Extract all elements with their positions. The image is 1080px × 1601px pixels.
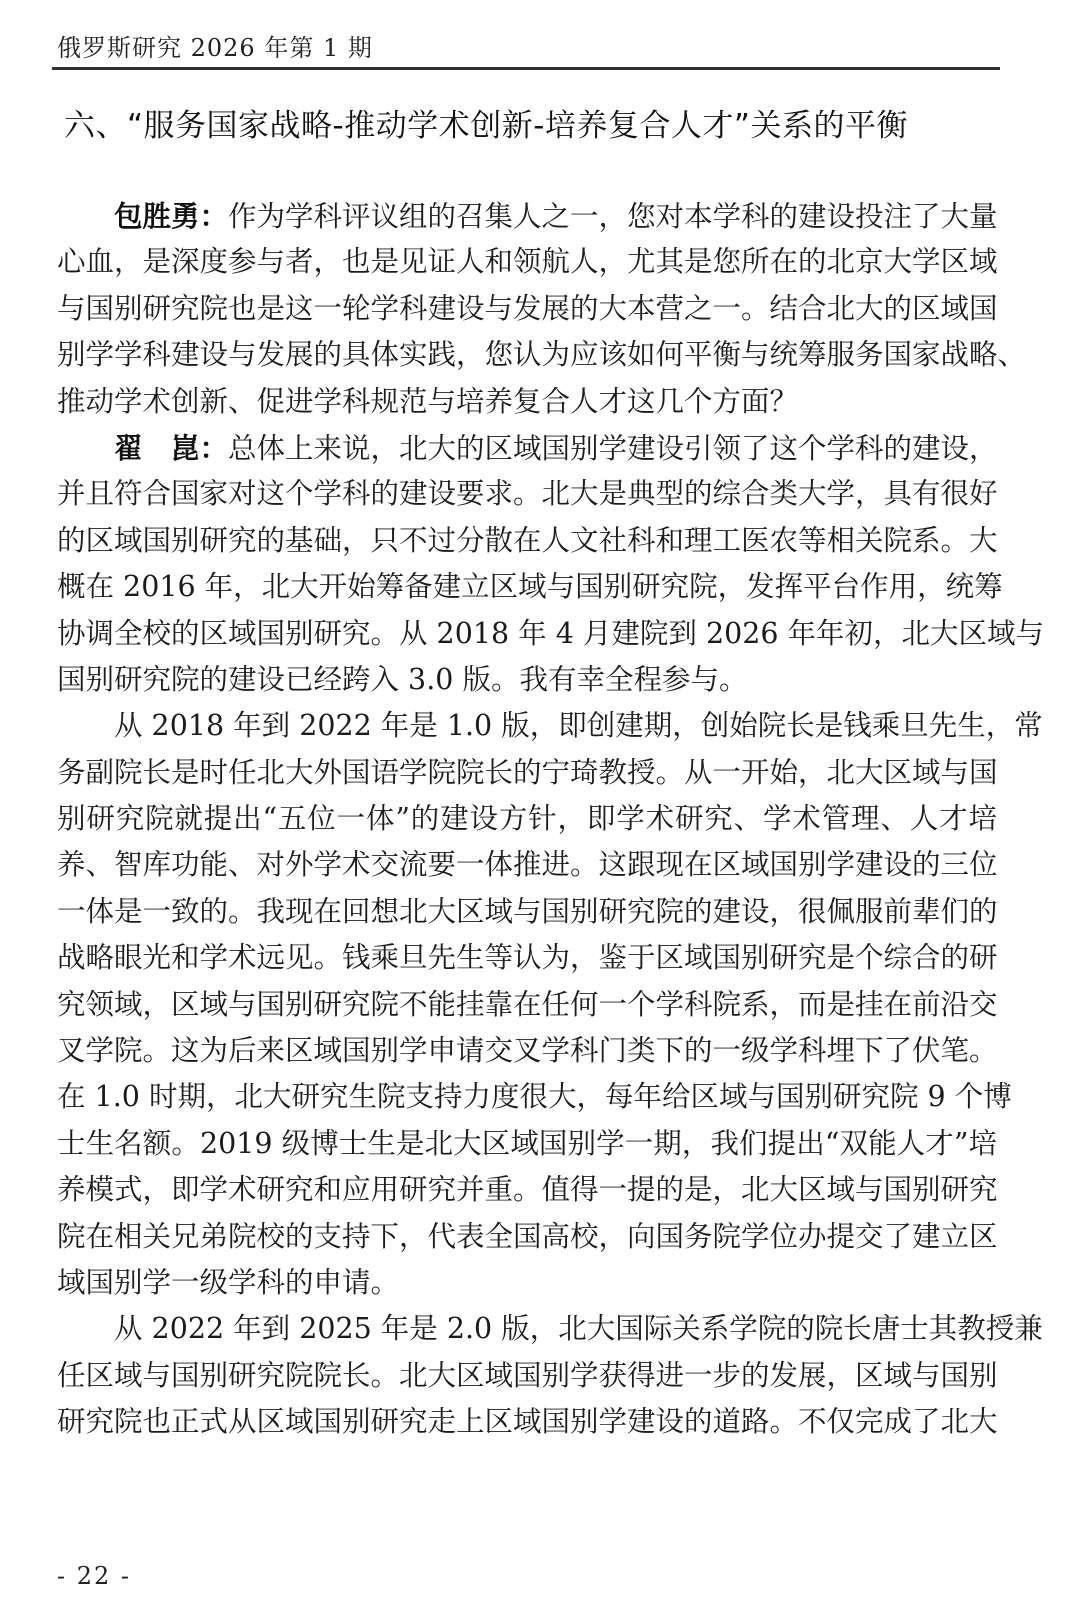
text-line: 翟 崑：总体上来说，北大的区域国别学建设引领了这个学科的建设， [57,425,997,471]
text-line: 究领域，区域与国别研究院不能挂靠在任何一个学科院系，而是挂在前沿交 [57,982,997,1028]
text-line: 院在相关兄弟院校的支持下，代表全国高校，向国务院学位办提交了建立区 [57,1214,997,1260]
text-line: 概在 2016 年，北大开始筹备建立区域与国别研究院，发挥平台作用，统筹 [57,564,997,610]
paragraph-version-1: 从 2018 年到 2022 年是 1.0 版，即创建期，创始院长是钱乘旦先生，… [57,703,997,1306]
text-line: 别学学科建设与发展的具体实践，您认为应该如何平衡与统筹服务国家战略、 [57,332,997,378]
article-body: 包胜勇：作为学科评议组的召集人之一，您对本学科的建设投注了大量 心血，是深度参与… [57,193,997,1446]
paragraph-answer: 翟 崑：总体上来说，北大的区域国别学建设引领了这个学科的建设， 并且符合国家对这… [57,425,997,703]
text-line: 与国别研究院也是这一轮学科建设与发展的大本营之一。结合北大的区域国 [57,286,997,332]
text-line: 养模式，即学术研究和应用研究并重。值得一提的是，北大区域与国别研究 [57,1167,997,1213]
text-line: 养、智库功能、对外学术交流要一体推进。这跟现在区域国别学建设的三位 [57,842,997,888]
text-line: 推动学术创新、促进学科规范与培养复合人才这几个方面？ [57,379,997,425]
text-line: 国别研究院的建设已经跨入 3.0 版。我有幸全程参与。 [57,657,997,703]
paragraph-question: 包胜勇：作为学科评议组的召集人之一，您对本学科的建设投注了大量 心血，是深度参与… [57,193,997,425]
text-line: 任区域与国别研究院院长。北大区域国别学获得进一步的发展，区域与国别 [57,1353,997,1399]
text-line: 研究院也正式从区域国别研究走上区域国别学建设的道路。不仅完成了北大 [57,1399,997,1445]
text-line: 战略眼光和学术远见。钱乘旦先生等认为，鉴于区域国别研究是个综合的研 [57,935,997,981]
paragraph-version-2: 从 2022 年到 2025 年是 2.0 版，北大国际关系学院的院长唐士其教授… [57,1306,997,1445]
text-line: 从 2022 年到 2025 年是 2.0 版，北大国际关系学院的院长唐士其教授… [57,1306,997,1352]
text-line: 务副院长是时任北大外国语学院院长的宁琦教授。从一开始，北大区域与国 [57,750,997,796]
page-number: - 22 - [57,1562,131,1590]
text-line: 协调全校的区域国别研究。从 2018 年 4 月建院到 2026 年年初，北大区… [57,611,997,657]
speaker-label: 翟 崑： [114,431,228,465]
section-title: 六、“服务国家战略-推动学术创新-培养复合人才”关系的平衡 [64,100,908,145]
text-line: 包胜勇：作为学科评议组的召集人之一，您对本学科的建设投注了大量 [57,193,997,239]
text-line: 的区域国别研究的基础，只不过分散在人文社科和理工医农等相关院系。大 [57,518,997,564]
text-line: 域国别学一级学科的申请。 [57,1260,997,1306]
text-line: 从 2018 年到 2022 年是 1.0 版，即创建期，创始院长是钱乘旦先生，… [57,703,997,749]
text-line: 心血，是深度参与者，也是见证人和领航人，尤其是您所在的北京大学区域 [57,239,997,285]
text-line: 一体是一致的。我现在回想北大区域与国别研究院的建设，很佩服前辈们的 [57,889,997,935]
running-header: 俄罗斯研究 2026 年第 1 期 [57,28,373,63]
text-line: 并且符合国家对这个学科的建设要求。北大是典型的综合类大学，具有很好 [57,471,997,517]
text-line: 士生名额。2019 级博士生是北大区域国别学一期，我们提出“双能人才”培 [57,1121,997,1167]
text-line: 在 1.0 时期，北大研究生院支持力度很大，每年给区域与国别研究院 9 个博 [57,1074,997,1120]
header-rule [52,67,1000,70]
text-line: 叉学院。这为后来区域国别学申请交叉学科门类下的一级学科埋下了伏笔。 [57,1028,997,1074]
text-line: 别研究院就提出“五位一体”的建设方针，即学术研究、学术管理、人才培 [57,796,997,842]
speaker-label: 包胜勇： [114,199,228,233]
